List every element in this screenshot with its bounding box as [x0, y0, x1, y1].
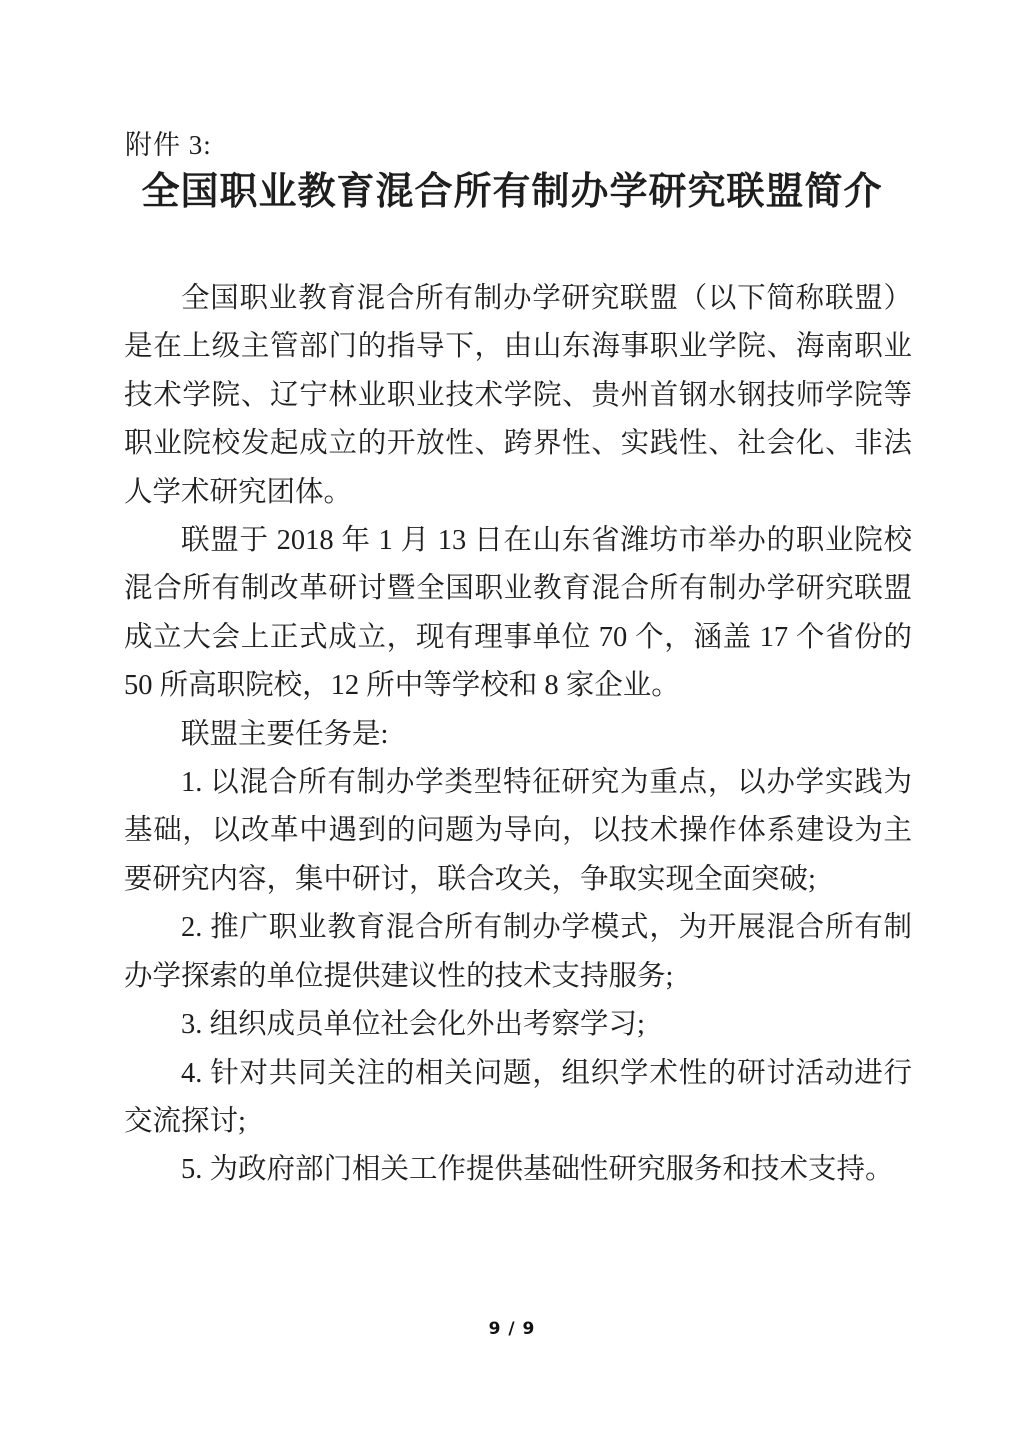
paragraph: 1. 以混合所有制办学类型特征研究为重点，以办学实践为基础，以改革中遇到的问题为…	[124, 759, 912, 904]
paragraph: 联盟主要任务是:	[124, 711, 912, 759]
document-body: 全国职业教育混合所有制办学研究联盟（以下简称联盟）是在上级主管部门的指导下，由山…	[124, 275, 912, 1195]
document-page: 附件 3: 全国职业教育混合所有制办学研究联盟简介 全国职业教育混合所有制办学研…	[0, 0, 1024, 1448]
document-title: 全国职业教育混合所有制办学研究联盟简介	[0, 168, 1024, 216]
paragraph: 3. 组织成员单位社会化外出考察学习;	[124, 1001, 912, 1049]
page-number: 9 / 9	[0, 1319, 1024, 1339]
paragraph: 2. 推广职业教育混合所有制办学模式，为开展混合所有制办学探索的单位提供建议性的…	[124, 904, 912, 1001]
paragraph: 4. 针对共同关注的相关问题，组织学术性的研讨活动进行交流探讨;	[124, 1050, 912, 1147]
paragraph: 5. 为政府部门相关工作提供基础性研究服务和技术支持。	[124, 1146, 912, 1194]
paragraph: 联盟于 2018 年 1 月 13 日在山东省潍坊市举办的职业院校混合所有制改革…	[124, 517, 912, 711]
attachment-label: 附件 3:	[125, 127, 212, 163]
paragraph: 全国职业教育混合所有制办学研究联盟（以下简称联盟）是在上级主管部门的指导下，由山…	[124, 275, 912, 517]
